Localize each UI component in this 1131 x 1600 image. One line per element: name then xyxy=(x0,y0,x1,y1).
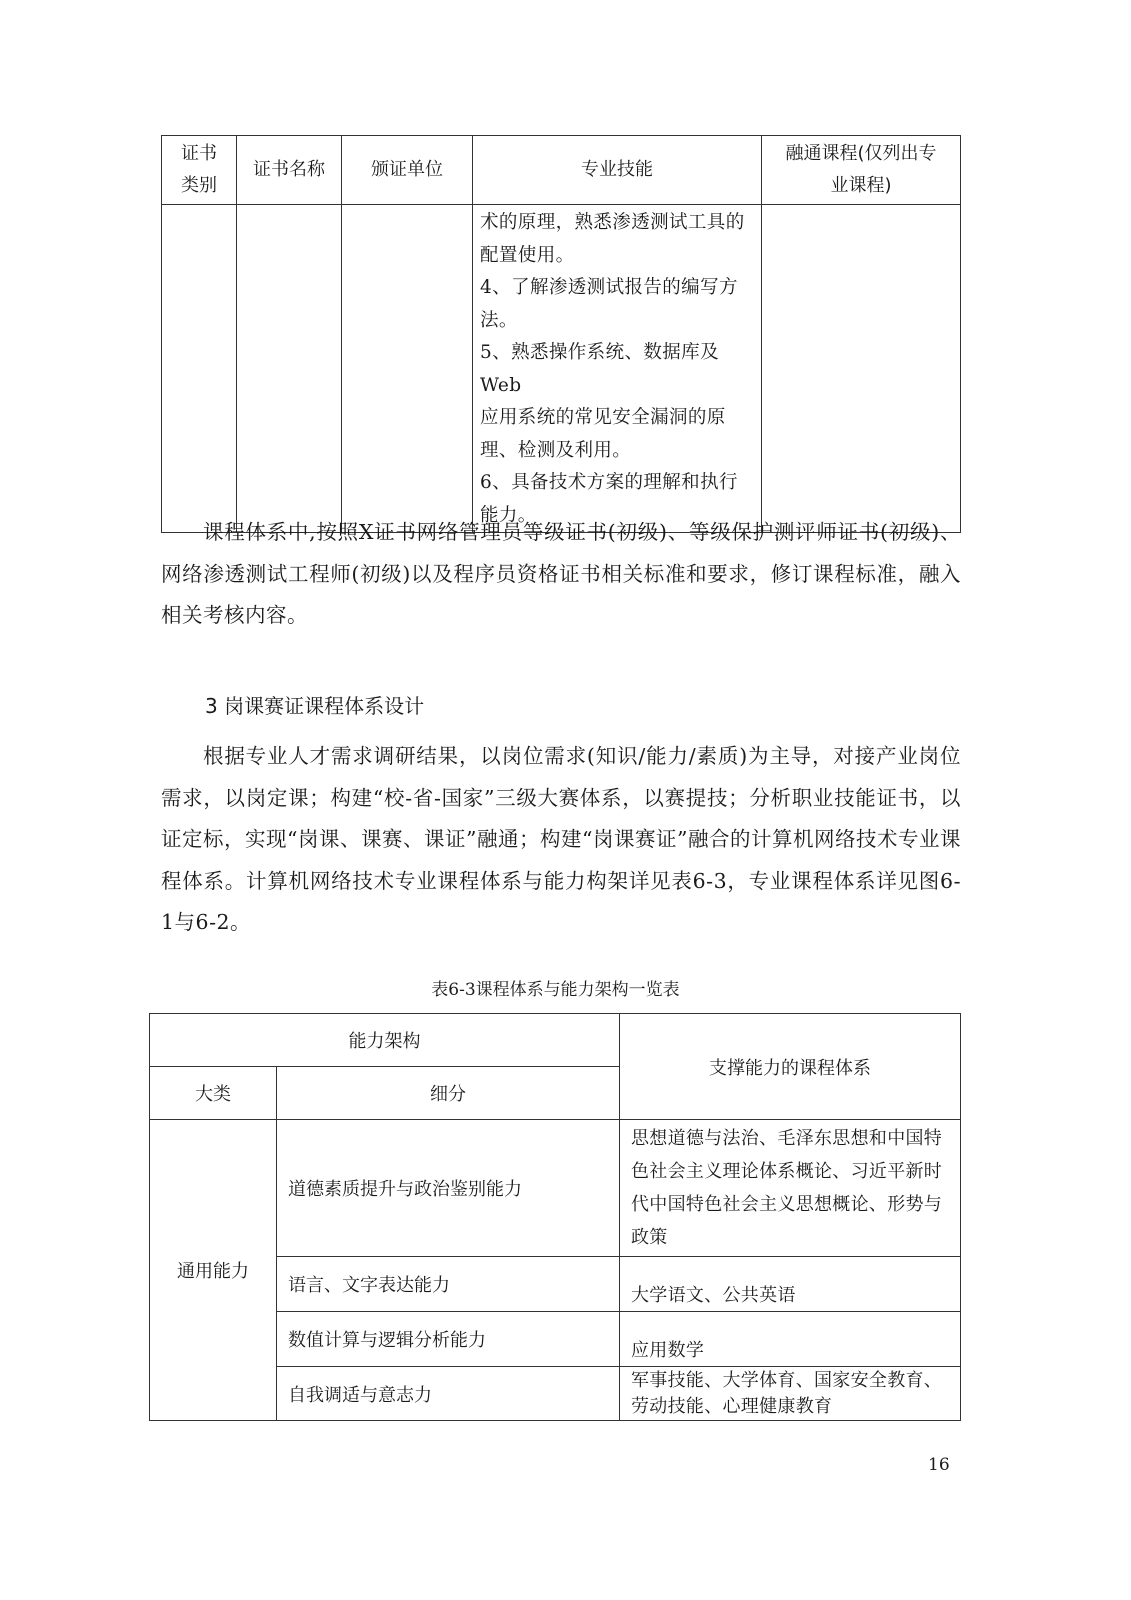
cell-subcategory: 自我调适与意志力 xyxy=(277,1367,620,1421)
header-line: 类别 xyxy=(162,170,236,202)
header-line: 证书 xyxy=(162,138,236,170)
header-ability-framework: 能力架构 xyxy=(150,1014,620,1067)
cell-skills: 术的原理，熟悉渗透测试工具的 配置使用。 4、了解渗透测试报告的编写方 法。 5… xyxy=(473,205,762,533)
table-caption: 表6-3课程体系与能力架构一览表 xyxy=(0,975,1111,1000)
header-category: 大类 xyxy=(150,1067,277,1120)
cell-courses: 军事技能、大学体育、国家安全教育、劳动技能、心理健康教育 xyxy=(620,1367,961,1421)
cell-courses: 大学语文、公共英语 xyxy=(620,1257,961,1312)
cell-subcategory: 语言、文字表达能力 xyxy=(277,1257,620,1312)
skill-line: 应用系统的常见安全漏洞的原 xyxy=(480,402,755,435)
header-support-courses: 支撑能力的课程体系 xyxy=(620,1014,961,1120)
skill-line: 术的原理，熟悉渗透测试工具的 xyxy=(480,207,755,240)
skill-line: 配置使用。 xyxy=(480,240,755,273)
body-paragraph: 课程体系中,按照X证书网络管理员等级证书(初级)、等级保护测评师证书(初级)、 … xyxy=(161,512,961,637)
cell-subcategory: 道德素质提升与政治鉴别能力 xyxy=(277,1120,620,1257)
cell-category: 通用能力 xyxy=(150,1120,277,1421)
header-courses: 融通课程(仅列出专 业课程) xyxy=(762,136,961,205)
skill-line: 4、了解渗透测试报告的编写方 xyxy=(480,272,755,305)
section-heading: 3 岗课赛证课程体系设计 xyxy=(205,690,424,719)
skill-line: 理、检测及利用。 xyxy=(480,435,755,468)
table-header-row: 证书 类别 证书名称 颁证单位 专业技能 融通课程(仅列出专 业课程) xyxy=(162,136,961,205)
skill-line: 法。 xyxy=(480,305,755,338)
cell-issuer xyxy=(342,205,473,533)
certificate-table: 证书 类别 证书名称 颁证单位 专业技能 融通课程(仅列出专 业课程) 术的原理… xyxy=(161,135,961,533)
skill-line: 5、熟悉操作系统、数据库及Web xyxy=(480,337,755,402)
cell-subcategory: 数值计算与逻辑分析能力 xyxy=(277,1312,620,1367)
table-header-row: 能力架构 支撑能力的课程体系 xyxy=(150,1014,961,1067)
header-cert-category: 证书 类别 xyxy=(162,136,237,205)
header-line: 融通课程(仅列出专 xyxy=(762,138,960,170)
header-skills: 专业技能 xyxy=(473,136,762,205)
body-paragraph: 根据专业人才需求调研结果，以岗位需求(知识/能力/素质)为主导，对接产业岗位需求… xyxy=(161,736,961,944)
table-row: 通用能力 道德素质提升与政治鉴别能力 思想道德与法治、毛泽东思想和中国特色社会主… xyxy=(150,1120,961,1257)
header-subcategory: 细分 xyxy=(277,1067,620,1120)
table-row: 术的原理，熟悉渗透测试工具的 配置使用。 4、了解渗透测试报告的编写方 法。 5… xyxy=(162,205,961,533)
cell-name xyxy=(237,205,342,533)
cell-courses xyxy=(762,205,961,533)
ability-table: 能力架构 支撑能力的课程体系 大类 细分 通用能力 道德素质提升与政治鉴别能力 … xyxy=(149,1013,961,1421)
header-issuer: 颁证单位 xyxy=(342,136,473,205)
header-line: 业课程) xyxy=(762,170,960,202)
header-cert-name: 证书名称 xyxy=(237,136,342,205)
cell-category xyxy=(162,205,237,533)
cell-courses: 思想道德与法治、毛泽东思想和中国特色社会主义理论体系概论、习近平新时代中国特色社… xyxy=(620,1120,961,1257)
cell-courses: 应用数学 xyxy=(620,1312,961,1367)
skill-line: 6、具备技术方案的理解和执行 xyxy=(480,467,755,500)
page-number: 16 xyxy=(928,1455,950,1475)
